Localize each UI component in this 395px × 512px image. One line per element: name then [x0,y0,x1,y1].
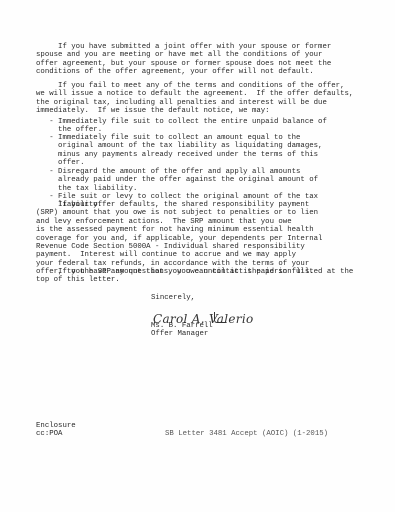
signature-flourish-icon [214,312,225,323]
paragraph-joint-offer: If you have submitted a joint offer with… [36,43,331,77]
paragraph-default-terms: If you fail to meet any of the terms and… [36,82,353,116]
signer-title: Offer Manager [151,330,208,338]
paragraph-questions: If you have any questions, you can conta… [36,268,353,285]
bullet-item: - Immediately file suit to collect the e… [36,118,327,135]
closing-text: Sincerely, [151,294,195,302]
paragraph-srp: If your offer defaults, the shared respo… [36,201,322,277]
letter-page: If you have submitted a joint offer with… [0,0,395,512]
bullet-item: - Disregard the amount of the offer and … [36,168,318,193]
bullet-item: - Immediately file suit to collect an am… [36,134,322,168]
cc-label: cc:POA [36,430,62,438]
form-identifier: SB Letter 3481 Accept (AOIC) (1-2015) [165,430,328,438]
